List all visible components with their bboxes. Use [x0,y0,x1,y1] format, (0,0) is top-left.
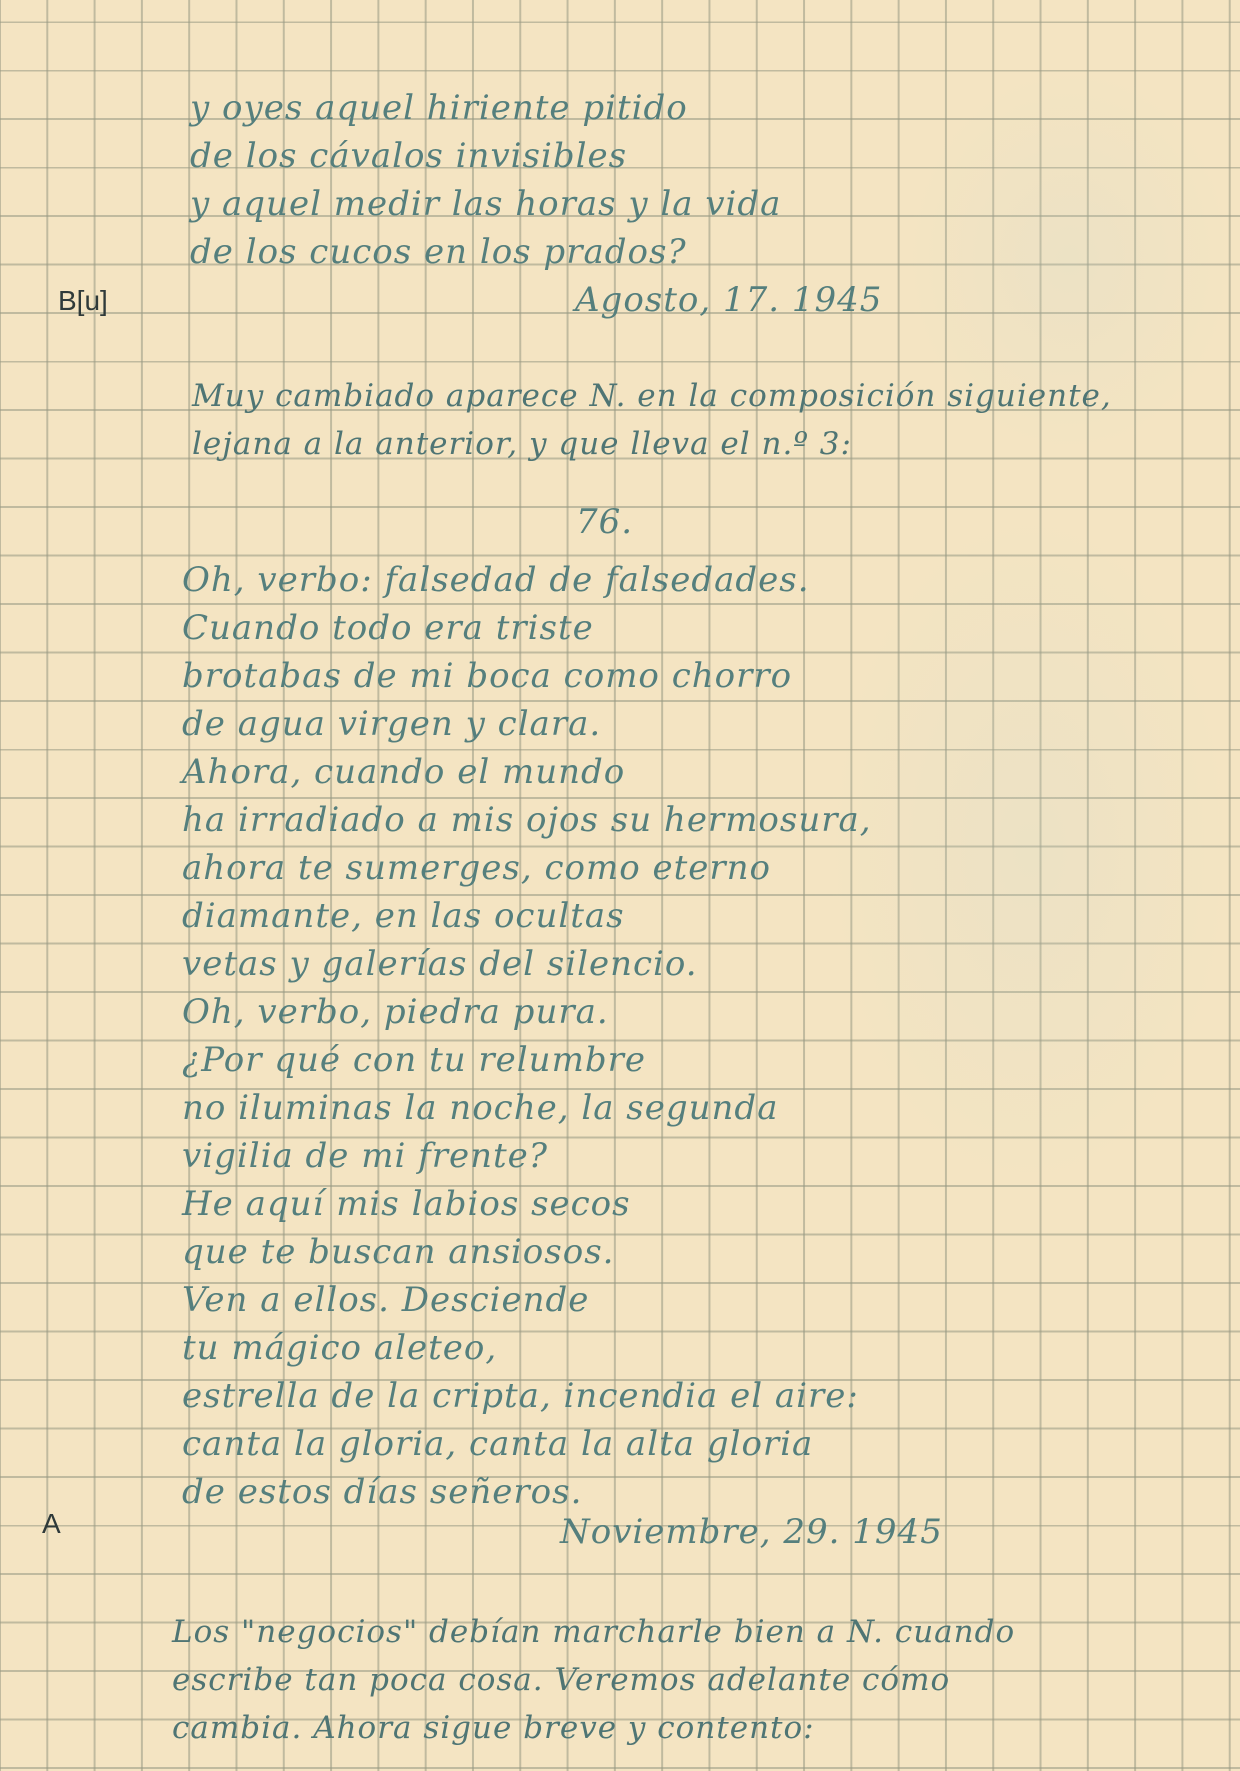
poem-line: Ahora, cuando el mundo [182,752,625,792]
poem-line: Cuando todo era triste [182,608,594,648]
margin-mark-bottom: A [42,1508,61,1540]
poem-line: Oh, verbo, piedra pura. [182,992,609,1032]
poem-line: y aquel medir las horas y la vida [190,184,781,224]
commentary-line: Los "negocios" debían marcharle bien a N… [172,1612,1015,1652]
poem-line: estrella de la cripta, incendia el aire: [182,1376,859,1416]
poem-line: de agua virgen y clara. [182,704,601,744]
poem-line: diamante, en las ocultas [182,896,625,936]
poem-date: Agosto, 17. 1945 [575,280,882,320]
commentary-line: lejana a la anterior, y que lleva el n.º… [192,424,852,464]
poem-number: 76. [576,502,633,542]
poem-line: de estos días señeros. [182,1472,582,1512]
margin-mark-top: B[u] [58,285,108,317]
poem-line: no iluminas la noche, la segunda [182,1088,778,1128]
paper-stain [820,500,1240,1200]
poem-line: Oh, verbo: falsedad de falsedades. [182,560,810,600]
poem-date: Noviembre, 29. 1945 [560,1512,943,1552]
commentary-line: Muy cambiado aparece N. en la composició… [192,376,1112,416]
poem-line: vigilia de mi frente? [182,1136,548,1176]
commentary-line: escribe tan poca cosa. Veremos adelante … [172,1660,950,1700]
poem-line: de los cucos en los prados? [190,232,687,272]
poem-line: de los cávalos invisibles [190,136,627,176]
poem-line: canta la gloria, canta la alta gloria [182,1424,813,1464]
poem-line: He aquí mis labios secos [182,1184,631,1224]
poem-line: vetas y galerías del silencio. [182,944,698,984]
poem-line: Ven a ellos. Desciende [182,1280,589,1320]
poem-line: y oyes aquel hiriente pitido [190,88,688,128]
poem-line: ahora te sumerges, como eterno [182,848,771,888]
poem-line: brotabas de mi boca como chorro [182,656,792,696]
poem-line: tu mágico aleteo, [182,1328,497,1368]
poem-line: ha irradiado a mis ojos su hermosura, [182,800,872,840]
poem-line: ¿Por qué con tu relumbre [182,1040,646,1080]
commentary-line: cambia. Ahora sigue breve y contento: [172,1708,815,1748]
poem-line: que te buscan ansiosos. [182,1232,614,1272]
